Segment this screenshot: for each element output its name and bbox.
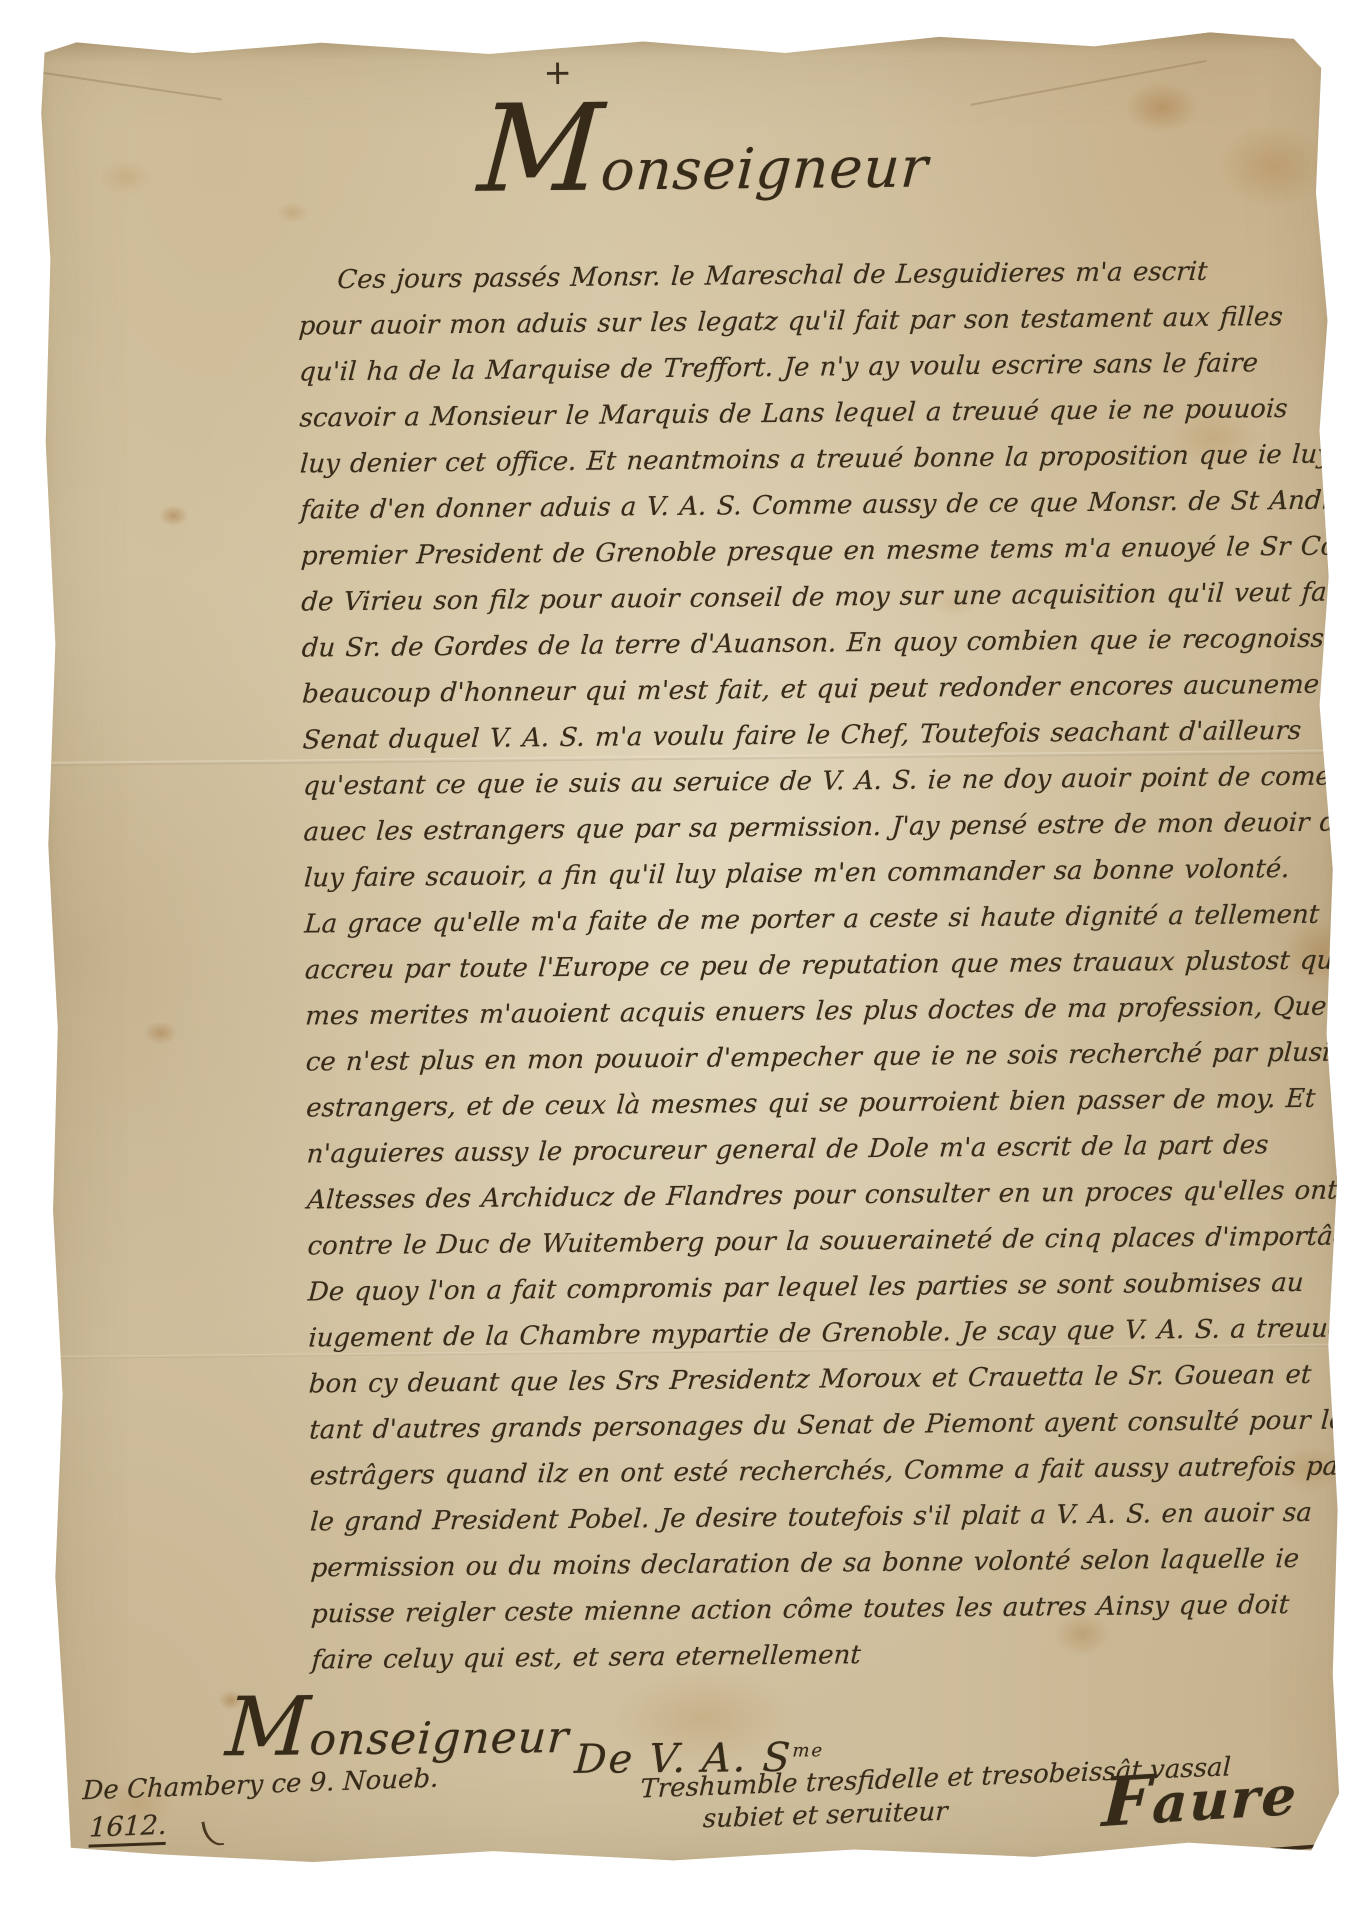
subscription-line-2: subiet et seruiteur [702, 1797, 948, 1834]
stain [143, 1021, 177, 1045]
stain [276, 201, 310, 223]
salutation: Monseigneur [475, 75, 934, 219]
closing-de-vas-superscript: me [792, 1740, 825, 1761]
pen-flourish [201, 1819, 224, 1848]
letter-page: + Monseigneur Ces jours passés Monsr. le… [38, 28, 1344, 1870]
letter-body: Ces jours passés Monsr. le Mareschal de … [298, 248, 1312, 1684]
photograph: + Monseigneur Ces jours passés Monsr. le… [0, 0, 1365, 1920]
dateline-year: 1612. [89, 1810, 168, 1848]
closing-salutation: Monseigneur [223, 1677, 572, 1775]
top-fold-shading [38, 28, 1326, 64]
stain [1124, 81, 1198, 134]
stain [158, 505, 188, 527]
stain [1217, 124, 1328, 209]
signature: Faure [1101, 1751, 1300, 1842]
stain [99, 159, 153, 196]
dateline-place: De Chambery ce 9. Noueb. [82, 1764, 439, 1807]
letter-line: faire celuy qui est, et sera eternelleme… [310, 1628, 1313, 1684]
corner-crease [970, 60, 1206, 106]
corner-crease [43, 72, 221, 100]
